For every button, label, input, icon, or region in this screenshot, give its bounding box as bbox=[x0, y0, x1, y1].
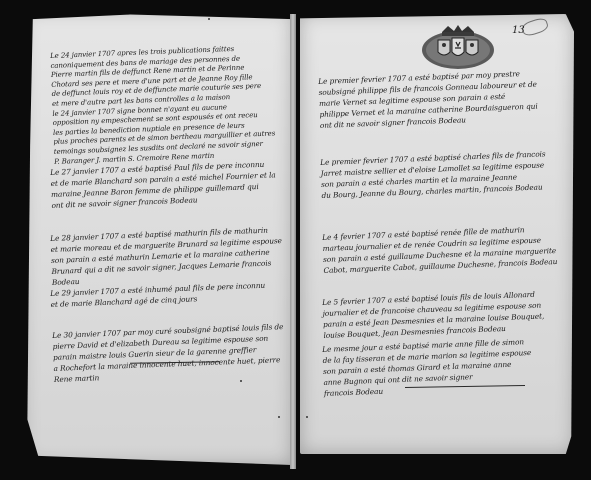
register-entry: Le 4 fevrier 1707 a esté baptisé renée f… bbox=[322, 223, 557, 276]
binding-gutter bbox=[290, 14, 296, 469]
register-scan: 13 Le 24 janvier 1707 apres les trois pu… bbox=[0, 0, 591, 480]
paper-speck bbox=[208, 18, 210, 20]
paper-speck bbox=[306, 416, 308, 418]
register-entry: Le premier fevrier 1707 a esté baptisé c… bbox=[320, 148, 547, 201]
coat-of-arms-icon bbox=[420, 24, 496, 70]
register-entry: Le premier fevrier 1707 a esté baptisé p… bbox=[318, 68, 538, 131]
register-entry: Le 5 fevrier 1707 a esté baptisé louis f… bbox=[322, 289, 545, 341]
register-entry: Le 30 janvier 1707 par moy curé soubsign… bbox=[52, 321, 285, 385]
register-entry: Le 28 janvier 1707 a esté baptisé mathur… bbox=[50, 224, 283, 288]
paper-speck bbox=[278, 416, 280, 418]
paper-speck bbox=[240, 380, 242, 382]
register-entry: Le 27 janvier 1707 a esté baptisé Paul f… bbox=[50, 158, 277, 211]
folio-number: 13 bbox=[512, 25, 525, 36]
register-entry: Le 24 janvier 1707 apres les trois publi… bbox=[50, 43, 276, 167]
register-entry: Le mesme jour a esté baptisé marie anne … bbox=[322, 336, 533, 399]
